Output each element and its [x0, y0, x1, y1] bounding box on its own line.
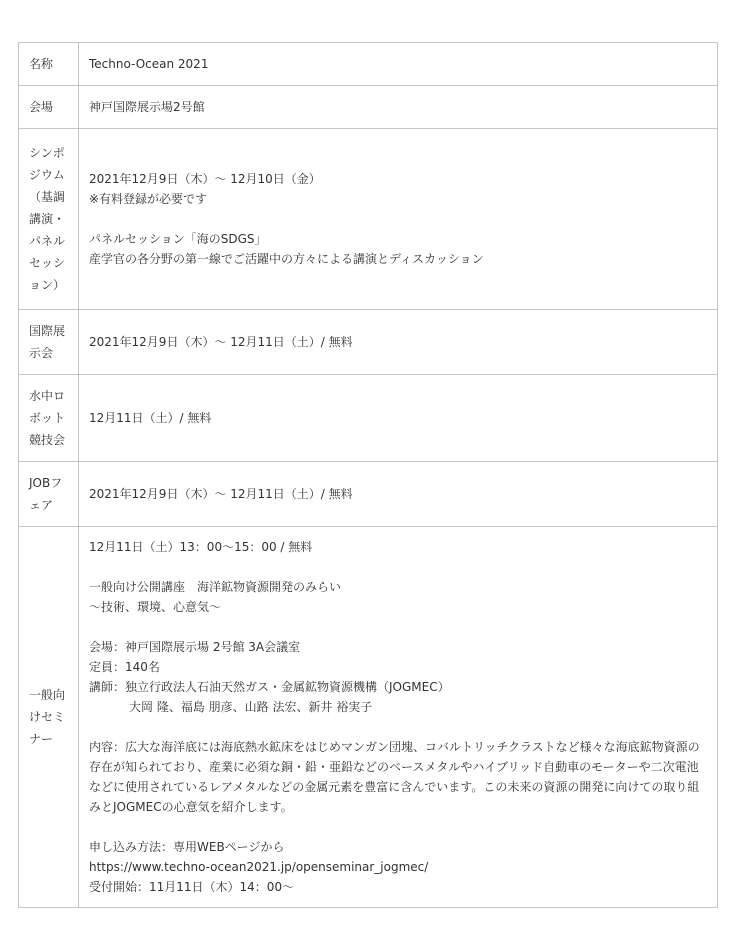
seminar-subtitle: ～技術、環境、心意気～	[89, 597, 707, 617]
row-label: 国際展示会	[19, 310, 79, 375]
table-row-robot-competition: 水中ロボット競技会 12月11日（土）/ 無料	[19, 375, 718, 462]
row-value: 2021年12月9日（木）～ 12月10日（金） ※有料登録が必要です パネルセ…	[79, 129, 718, 310]
table-row-seminar: 一般向けセミナー 12月11日（土）13：00～15：00 / 無料 一般向け公…	[19, 527, 718, 908]
table-row-exhibition: 国際展示会 2021年12月9日（木）～ 12月11日（土）/ 無料	[19, 310, 718, 375]
row-label: JOBフェア	[19, 462, 79, 527]
seminar-url-link[interactable]: https://www.techno-ocean2021.jp/opensemi…	[89, 857, 707, 877]
row-value: 神戸国際展示場2号館	[79, 86, 718, 129]
row-value: 2021年12月9日（木）～ 12月11日（土）/ 無料	[79, 462, 718, 527]
row-value: 2021年12月9日（木）～ 12月11日（土）/ 無料	[79, 310, 718, 375]
row-value: Techno-Ocean 2021	[79, 43, 718, 86]
row-value: 12月11日（土）/ 無料	[79, 375, 718, 462]
row-value: 12月11日（土）13：00～15：00 / 無料 一般向け公開講座 海洋鉱物資…	[79, 527, 718, 908]
row-label: 一般向けセミナー	[19, 527, 79, 908]
seminar-reception: 受付開始：11月11日（木）14：00～	[89, 877, 707, 897]
seminar-capacity: 定員：140名	[89, 657, 707, 677]
seminar-lecturer-names: 大岡 隆、福島 朋彦、山路 法宏、新井 裕実子	[89, 697, 707, 717]
seminar-apply: 申し込み方法：専用WEBページから	[89, 837, 707, 857]
seminar-lecturer-org: 講師：独立行政法人石油天然ガス・金属鉱物資源機構（JOGMEC）	[89, 677, 707, 697]
row-label: 水中ロボット競技会	[19, 375, 79, 462]
row-label: 名称	[19, 43, 79, 86]
row-label: 会場	[19, 86, 79, 129]
seminar-content: 内容：広大な海洋底には海底熱水鉱床をはじめマンガン団塊、コバルトリッチクラストな…	[89, 737, 707, 817]
row-label: シンポジウム（基調講演・パネルセッション）	[19, 129, 79, 310]
table-row-job-fair: JOBフェア 2021年12月9日（木）～ 12月11日（土）/ 無料	[19, 462, 718, 527]
table-row-symposium: シンポジウム（基調講演・パネルセッション） 2021年12月9日（木）～ 12月…	[19, 129, 718, 310]
seminar-venue: 会場：神戸国際展示場 2号館 3A会議室	[89, 637, 707, 657]
seminar-schedule: 12月11日（土）13：00～15：00 / 無料	[89, 537, 707, 557]
event-info-table: 名称 Techno-Ocean 2021 会場 神戸国際展示場2号館 シンポジウ…	[18, 42, 718, 908]
table-row-name: 名称 Techno-Ocean 2021	[19, 43, 718, 86]
seminar-title: 一般向け公開講座 海洋鉱物資源開発のみらい	[89, 577, 707, 597]
table-row-venue: 会場 神戸国際展示場2号館	[19, 86, 718, 129]
